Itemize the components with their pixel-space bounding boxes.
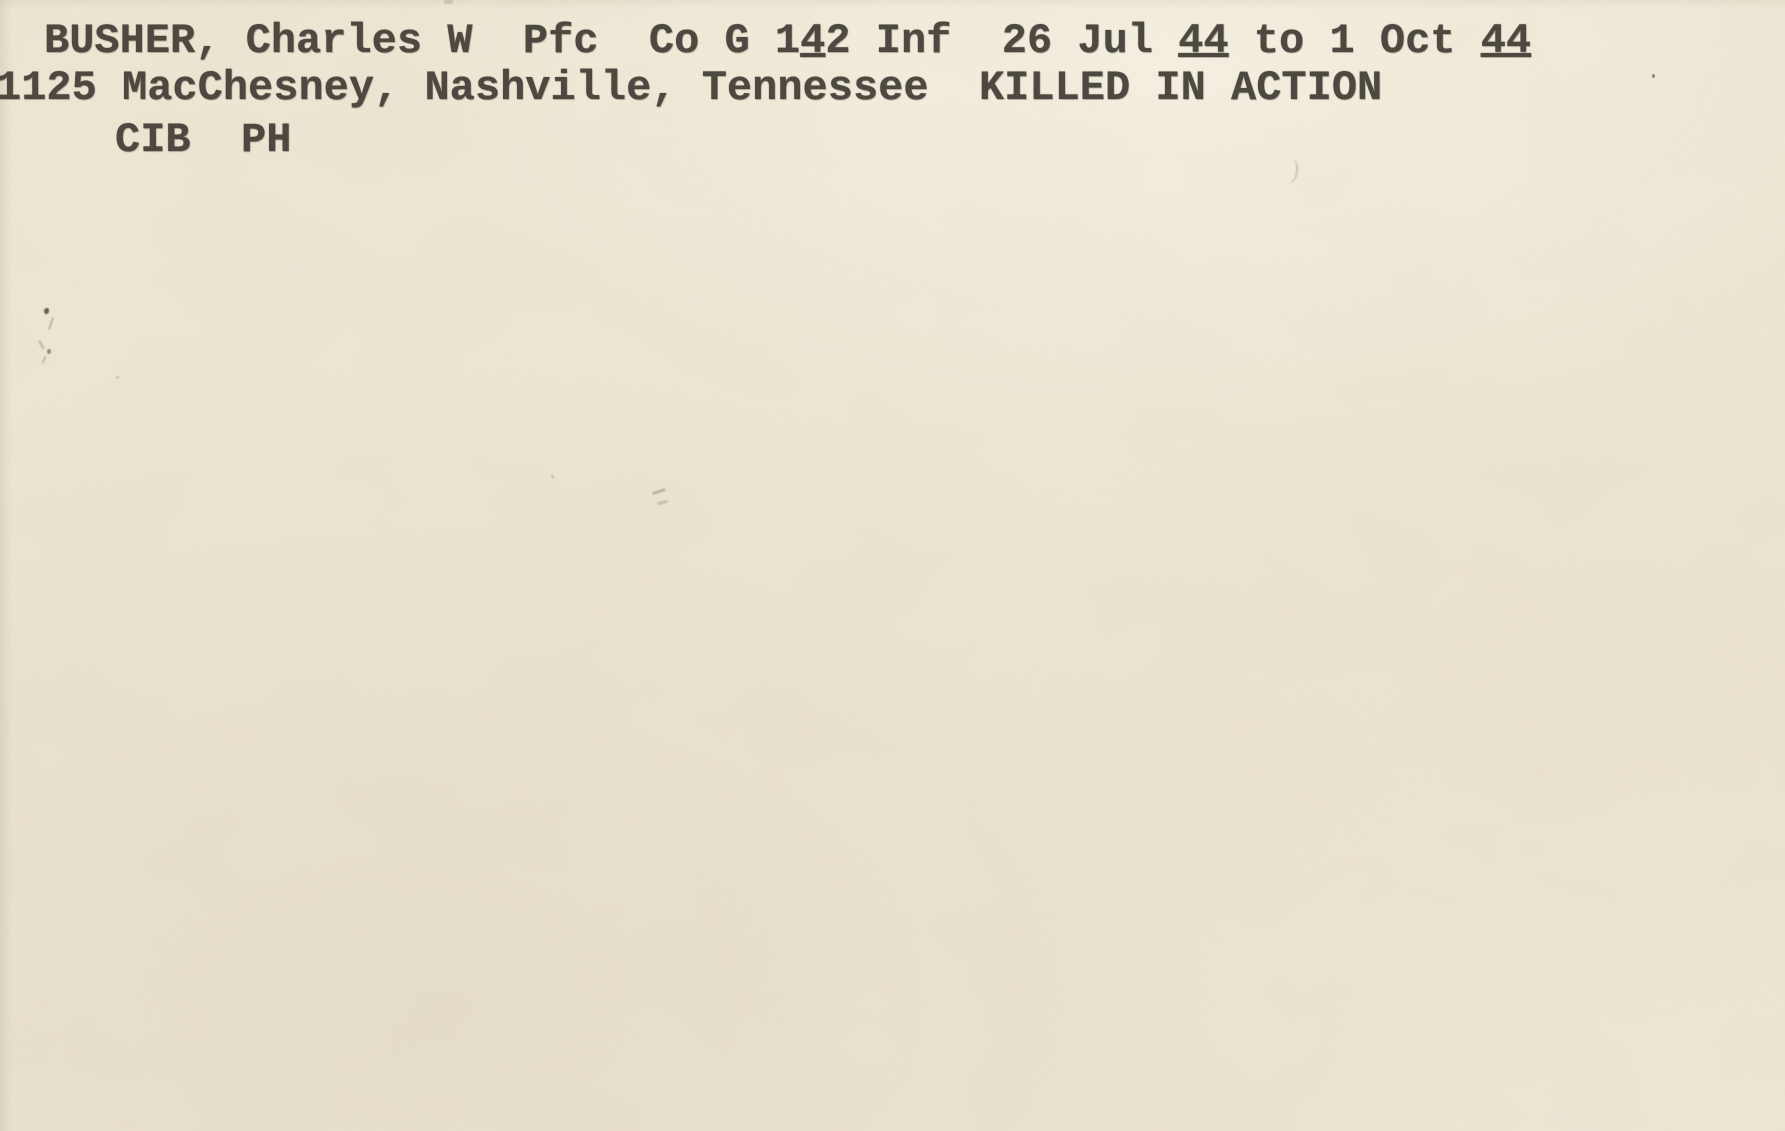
ink-smudge [38,340,46,350]
index-card-scan: BUSHER, Charles W Pfc Co G 142 Inf 26 Ju… [0,0,1785,1131]
typed-line-decorations: CIB PH [115,119,291,161]
ink-speck [44,308,49,314]
ink-scratch [48,317,54,330]
scan-edge-mark [444,0,453,4]
ink-speck [47,349,51,354]
pencil-smudge [657,500,668,506]
paper-speck [551,475,554,478]
faint-curl-mark [1282,157,1299,185]
typed-line-address-status: 1125 MacChesney, Nashville, Tennessee KI… [0,67,1382,109]
paper-speck [116,376,119,379]
ink-smudge [41,356,46,364]
pencil-smudge [652,488,666,495]
ink-speck [1652,74,1655,78]
paper-texture [0,0,1785,1131]
typed-line-service-record: BUSHER, Charles W Pfc Co G 142 Inf 26 Ju… [44,20,1531,62]
